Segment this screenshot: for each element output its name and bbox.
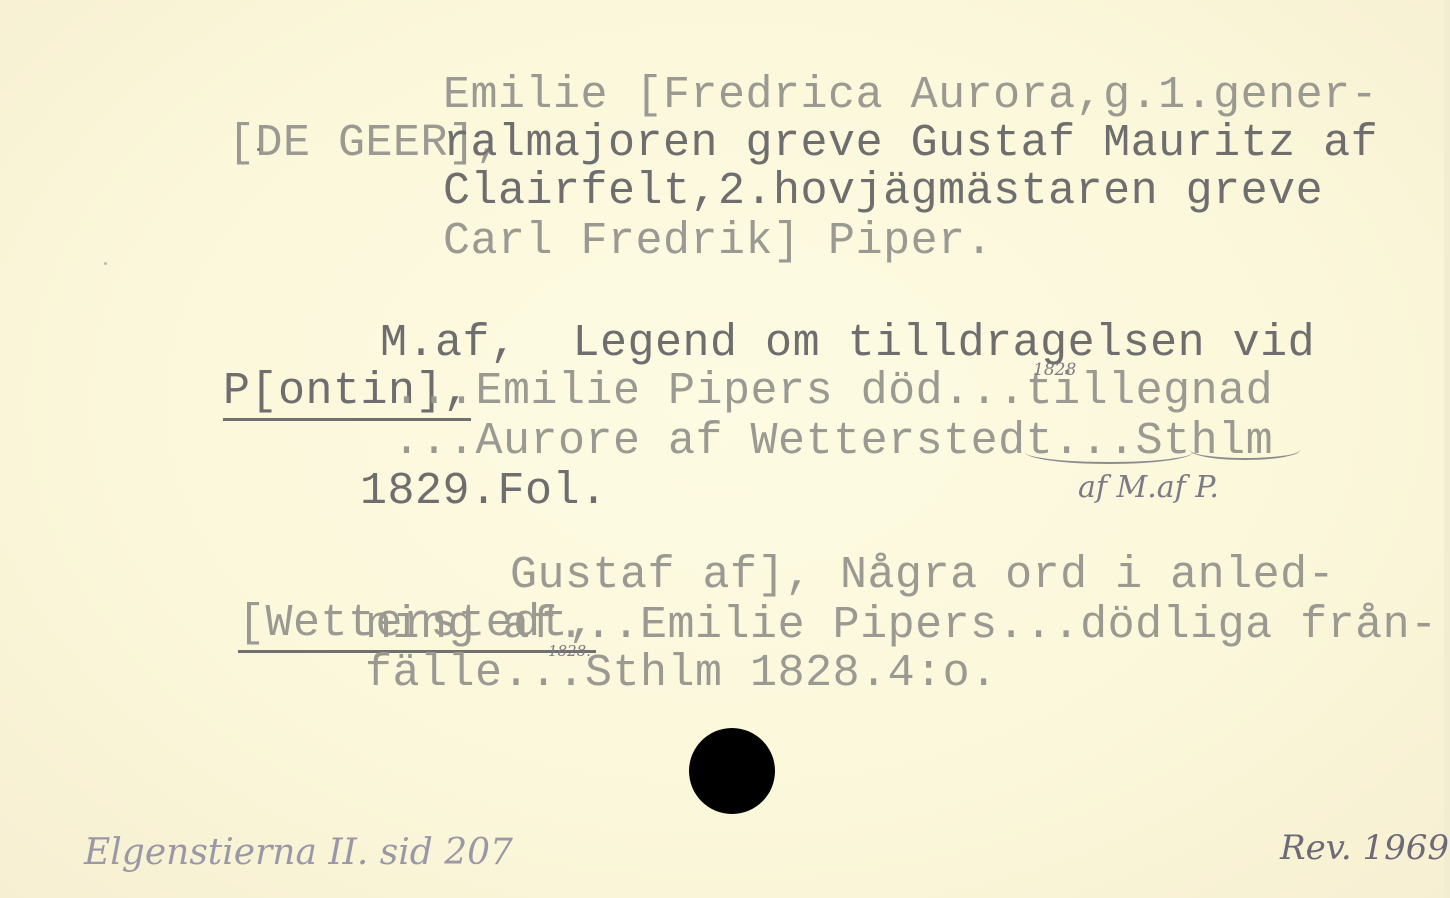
card-edge xyxy=(1444,0,1450,898)
entry-1-line-3: Clairfelt,2.hovjägmästaren greve xyxy=(443,168,1323,216)
entry-2-line-4: 1829.Fol. xyxy=(360,468,608,516)
catalog-card: [DE GEER], Emilie [Fredrica Aurora,g.1.g… xyxy=(0,0,1450,898)
entry-1-line-2: ralmajoren greve Gustaf Mauritz af xyxy=(443,120,1378,168)
entry-3-line-2: ning af...Emilie Pipers...dödliga från- xyxy=(365,602,1438,650)
ink-speck xyxy=(104,262,107,265)
entry-1-line-4: Carl Fredrik] Piper. xyxy=(443,218,993,266)
entry-2-line-1: M.af, Legend om tilldragelsen vid xyxy=(380,320,1315,368)
pen-bracket-right xyxy=(1190,440,1300,460)
entry-2-year-insert: 1828 xyxy=(1033,360,1076,380)
entry-1-line-1: Emilie [Fredrica Aurora,g.1.gener- xyxy=(443,72,1378,120)
entry-2-author-note: af M.af P. xyxy=(1078,470,1219,505)
entry-3-line-1: Gustaf af], Några ord i anled- xyxy=(510,552,1335,600)
pen-bracket-left xyxy=(1025,440,1193,464)
entry-2-line-2: ...Emilie Pipers död...tillegnad xyxy=(393,368,1273,416)
footer-revision-note: Rev. 1969 xyxy=(1280,828,1449,868)
ink-speck xyxy=(257,148,260,151)
entry-3-line-3: fälle...Sthlm 1828.4:o. xyxy=(365,650,998,698)
punch-hole xyxy=(689,728,775,814)
footer-source-note: Elgenstierna II. sid 207 xyxy=(84,832,513,873)
entry-3-year-insert: 1828. xyxy=(548,642,591,660)
